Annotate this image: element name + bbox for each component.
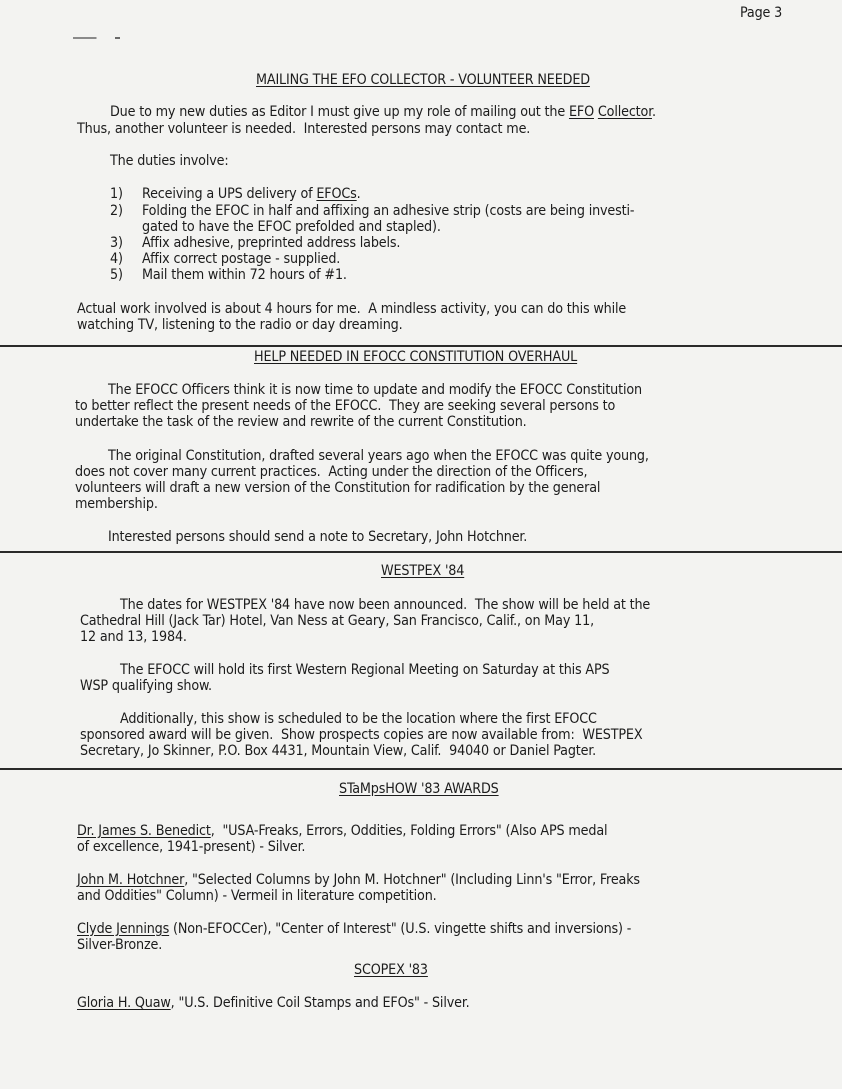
award-recipient-name: John M. Hotchner	[77, 872, 184, 888]
duty-item-4: Affix correct postage - supplied.	[142, 251, 340, 267]
section-divider	[0, 768, 842, 770]
section-heading-constitution: HELP NEEDED IN EFOCC CONSTITUTION OVERHA…	[254, 349, 577, 365]
duty-item-2: Folding the EFOC in half and affixing an…	[142, 203, 634, 219]
section-heading-stampshow: STaMpsHOW '83 AWARDS	[339, 781, 499, 797]
text-span: Receiving a UPS delivery of	[142, 186, 316, 202]
award-recipient-name: Clyde Jennings	[77, 921, 169, 937]
duty-number: 2)	[110, 203, 123, 219]
section-divider	[0, 345, 842, 347]
award-entry-3-line-2: Silver-Bronze.	[77, 937, 162, 953]
award-entry-1-line-2: of excellence, 1941-present) - Silver.	[77, 839, 305, 855]
award-entry-2-line-2: and Oddities" Column) - Vermeil in liter…	[77, 888, 437, 904]
duty-item-5: Mail them within 72 hours of #1.	[142, 267, 347, 283]
constitution-p2-line-4: membership.	[75, 496, 158, 512]
constitution-p1-line-1: The EFOCC Officers think it is now time …	[108, 382, 642, 398]
text-span: , "Selected Columns by John M. Hotchner"…	[184, 872, 640, 888]
efocs-underlined: EFOCs	[316, 186, 356, 202]
westpex-p2-line-2: WSP qualifying show.	[80, 678, 212, 694]
constitution-p2-line-1: The original Constitution, drafted sever…	[108, 448, 649, 464]
text-span: .	[652, 104, 656, 120]
award-recipient-name: Dr. James S. Benedict	[77, 823, 211, 839]
constitution-p3: Interested persons should send a note to…	[108, 529, 527, 545]
award-recipient-name: Gloria H. Quaw	[77, 995, 171, 1011]
westpex-p3-line-1: Additionally, this show is scheduled to …	[120, 711, 597, 727]
text-span: , "USA-Freaks, Errors, Oddities, Folding…	[211, 823, 608, 839]
duty-number: 3)	[110, 235, 123, 251]
text-span: (Non-EFOCCer), "Center of Interest" (U.S…	[169, 921, 631, 937]
section-heading-westpex: WESTPEX '84	[381, 563, 464, 579]
document-page: Page 3 MAILING THE EFO COLLECTOR - VOLUN…	[0, 0, 842, 1089]
westpex-p1-line-3: 12 and 13, 1984.	[80, 629, 187, 645]
duties-intro: The duties involve:	[110, 153, 229, 169]
westpex-p3-line-3: Secretary, Jo Skinner, P.O. Box 4431, Mo…	[80, 743, 596, 759]
section-heading-scopex: SCOPEX '83	[354, 962, 428, 978]
constitution-p2-line-2: does not cover many current practices. A…	[75, 464, 587, 480]
section-divider	[0, 551, 842, 553]
scan-artifact	[68, 37, 120, 39]
text-span: Due to my new duties as Editor I must gi…	[110, 104, 569, 120]
collector-underlined: Collector	[598, 104, 652, 120]
duty-number: 1)	[110, 186, 123, 202]
duty-item-3: Affix adhesive, preprinted address label…	[142, 235, 400, 251]
text-span: , "U.S. Definitive Coil Stamps and EFOs"…	[171, 995, 470, 1011]
duty-number: 5)	[110, 267, 123, 283]
page-number: Page 3	[740, 5, 782, 21]
constitution-p1-line-3: undertake the task of the review and rew…	[75, 414, 527, 430]
constitution-p1-line-2: to better reflect the present needs of t…	[75, 398, 615, 414]
mailing-closing-line-2: watching TV, listening to the radio or d…	[77, 317, 403, 333]
westpex-p1-line-1: The dates for WESTPEX '84 have now been …	[120, 597, 650, 613]
award-entry-1-line-1: Dr. James S. Benedict, "USA-Freaks, Erro…	[77, 823, 607, 839]
efo-underlined: EFO	[569, 104, 594, 120]
duty-item-2-continued: gated to have the EFOC prefolded and sta…	[142, 219, 441, 235]
duty-number: 4)	[110, 251, 123, 267]
westpex-p2-line-1: The EFOCC will hold its first Western Re…	[120, 662, 610, 678]
mailing-paragraph-line-1: Due to my new duties as Editor I must gi…	[110, 104, 656, 120]
text-span: .	[357, 186, 361, 202]
award-entry-2-line-1: John M. Hotchner, "Selected Columns by J…	[77, 872, 640, 888]
westpex-p3-line-2: sponsored award will be given. Show pros…	[80, 727, 642, 743]
constitution-p2-line-3: volunteers will draft a new version of t…	[75, 480, 600, 496]
westpex-p1-line-2: Cathedral Hill (Jack Tar) Hotel, Van Nes…	[80, 613, 594, 629]
award-entry-3-line-1: Clyde Jennings (Non-EFOCCer), "Center of…	[77, 921, 631, 937]
duty-item-1: Receiving a UPS delivery of EFOCs.	[142, 186, 361, 202]
mailing-paragraph-line-2: Thus, another volunteer is needed. Inter…	[77, 121, 530, 137]
mailing-closing-line-1: Actual work involved is about 4 hours fo…	[77, 301, 626, 317]
award-entry-4: Gloria H. Quaw, "U.S. Definitive Coil St…	[77, 995, 470, 1011]
section-heading-mailing: MAILING THE EFO COLLECTOR - VOLUNTEER NE…	[256, 72, 590, 88]
